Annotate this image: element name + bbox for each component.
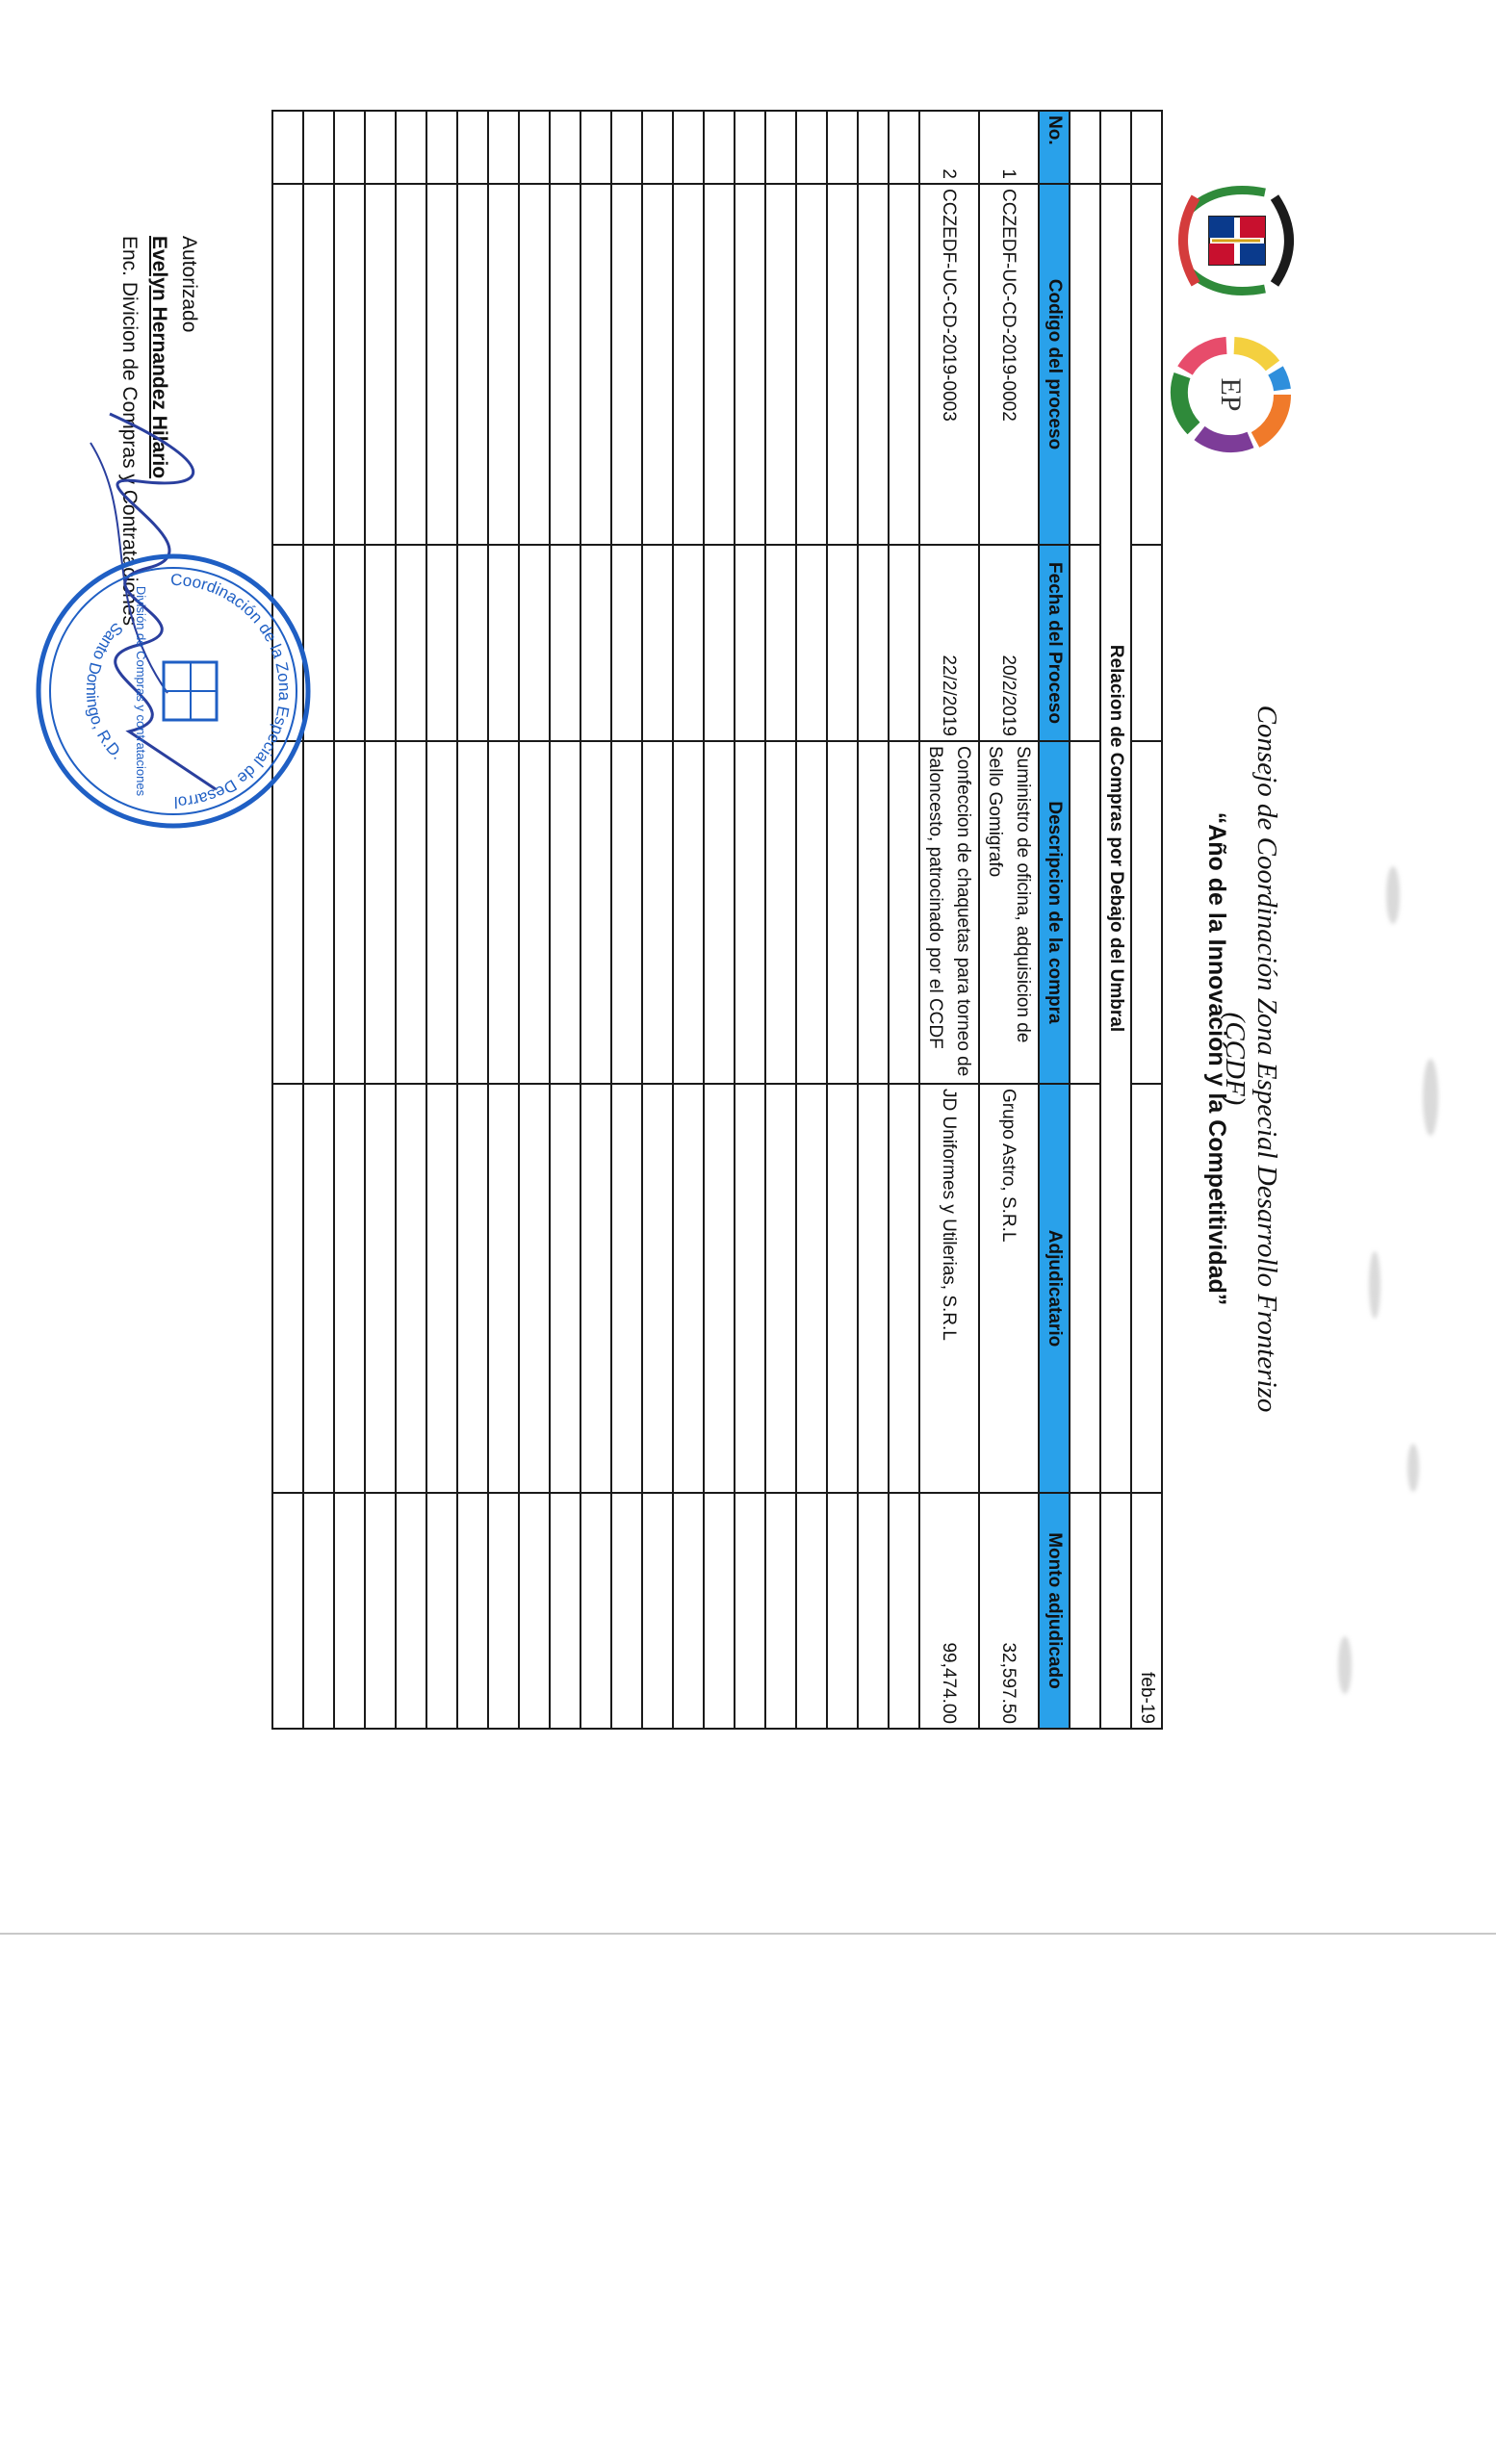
table-row: 2 CCZEDF-UC-CD-2019-0003 22/2/2019 Confe… [919, 111, 979, 1729]
empty-table-row [611, 111, 642, 1729]
empty-table-row [735, 111, 765, 1729]
empty-table-row [827, 111, 858, 1729]
empty-table-row [580, 111, 611, 1729]
scan-smudge [1423, 1059, 1438, 1136]
column-header-descripcion: Descripcion de la compra [1039, 741, 1070, 1084]
empty-table-row [365, 111, 396, 1729]
empty-table-row [704, 111, 735, 1729]
empty-table-row [550, 111, 580, 1729]
spacer-row [1070, 111, 1100, 1729]
cell-monto: 32,597.50 [979, 1493, 1039, 1729]
cell-no: 1 [979, 111, 1039, 184]
empty-table-row [396, 111, 426, 1729]
empty-table-row [488, 111, 519, 1729]
cell-codigo: CCZEDF-UC-CD-2019-0003 [919, 184, 979, 545]
scan-smudge [1369, 1251, 1380, 1319]
column-header-fecha: Fecha del Proceso [1039, 545, 1070, 741]
motto-subtitle: “Año de la Innovación y la Competitivida… [1202, 674, 1230, 1444]
svg-text:EP: EP [1215, 377, 1247, 411]
empty-table-row [858, 111, 889, 1729]
empty-table-row [334, 111, 365, 1729]
empty-table-row [642, 111, 673, 1729]
official-stamp-icon: Consejo de Coordinación de la Zona Espec… [29, 547, 318, 835]
signature-label: Autorizado [177, 236, 200, 332]
empty-table-row [765, 111, 796, 1729]
empty-table-row [519, 111, 550, 1729]
empty-table-row [673, 111, 704, 1729]
column-header-row: No. Codigo del proceso Fecha del Proceso… [1039, 111, 1070, 1729]
period-label: feb-19 [1131, 1493, 1162, 1729]
column-header-adjudicatario: Adjudicatario [1039, 1084, 1070, 1493]
svg-text:Santo Domingo, R.D.: Santo Domingo, R.D. [83, 619, 127, 763]
cell-fecha: 20/2/2019 [979, 545, 1039, 741]
table-row: 1 CCZEDF-UC-CD-2019-0002 20/2/2019 Sumin… [979, 111, 1039, 1729]
empty-table-row [426, 111, 457, 1729]
scan-smudge [1386, 866, 1400, 924]
title-row: Relacion de Compras por Debajo del Umbra… [1100, 111, 1131, 1729]
cell-adjudicatario: JD Uniformes y Utilerias, S.R.L [919, 1084, 979, 1493]
svg-text:División de Compras y contrata: División de Compras y contrataciones [134, 586, 148, 797]
purchases-table: feb-19 Relacion de Compras por Debajo de… [271, 110, 1163, 1730]
scan-smudge [1338, 1636, 1352, 1694]
column-header-monto: Monto adjudicado [1039, 1493, 1070, 1729]
empty-table-row [796, 111, 827, 1729]
ccdf-arrows-logo-icon: EP [1169, 332, 1294, 457]
column-header-codigo: Codigo del proceso [1039, 184, 1070, 545]
column-header-no: No. [1039, 111, 1070, 184]
cell-no: 2 [919, 111, 979, 184]
empty-table-row [889, 111, 919, 1729]
empty-table-row [272, 111, 303, 1729]
period-row: feb-19 [1131, 111, 1162, 1729]
table-title: Relacion de Compras por Debajo del Umbra… [1100, 184, 1131, 1493]
cell-monto: 99,474.00 [919, 1493, 979, 1729]
scan-smudge [1407, 1444, 1419, 1492]
empty-table-row [303, 111, 334, 1729]
empty-table-row [457, 111, 488, 1729]
dominican-coat-of-arms-icon [1169, 173, 1303, 308]
cell-adjudicatario: Grupo Astro, S.R.L [979, 1084, 1039, 1493]
cell-fecha: 22/2/2019 [919, 545, 979, 741]
document-page: EP Consejo de Coordinación Zona Especial… [0, 0, 1496, 2464]
cell-codigo: CCZEDF-UC-CD-2019-0002 [979, 184, 1039, 545]
cell-descripcion: Suministro de oficina, adquisicion de Se… [979, 741, 1039, 1084]
cell-descripcion: Confeccion de chaquetas para torneo de B… [919, 741, 979, 1084]
